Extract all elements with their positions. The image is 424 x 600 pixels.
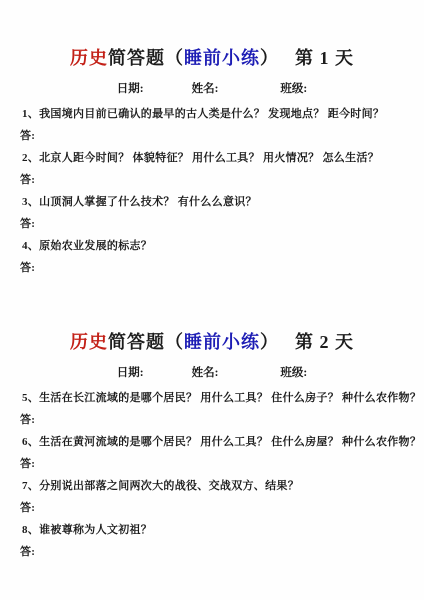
worksheet-section-day2: 历史简答题（睡前小练）第 2 天 日期: 姓名: 班级: 5、生活在长江流域的是… <box>0 284 424 558</box>
title-middle: 简答题（ <box>108 332 184 352</box>
question-text: 生活在黄河流域的是哪个居民？ 用什么工具？ 住什么房屋？ 种什么农作物？ <box>39 436 421 448</box>
title-close-paren: ） <box>260 332 279 352</box>
answer-label: 答: <box>20 414 410 426</box>
name-label: 姓名: <box>192 367 219 380</box>
question-line: 3、山顶洞人掌握了什么技术？ 有什么么意识？ <box>22 196 410 208</box>
question-number: 2、 <box>22 152 39 164</box>
answer-label: 答: <box>20 458 410 470</box>
answer-label: 答: <box>20 502 410 514</box>
worksheet-section-day1: 历史简答题（睡前小练）第 1 天 日期: 姓名: 班级: 1、我国境内目前已确认… <box>0 0 424 274</box>
question-number: 6、 <box>22 436 39 448</box>
answer-label: 答: <box>20 218 410 230</box>
question-text: 北京人距今时间？ 体貌特征？ 用什么工具？ 用火情况？ 怎么生活？ <box>39 152 379 164</box>
class-label: 班级: <box>280 367 307 380</box>
question-text: 生活在长江流域的是哪个居民？ 用什么工具？ 住什么房子？ 种什么农作物？ <box>39 392 421 404</box>
answer-label: 答: <box>20 262 410 274</box>
question-number: 1、 <box>22 108 39 120</box>
title-day-number: 第 2 天 <box>295 332 354 352</box>
title-subject: 历史 <box>70 48 108 68</box>
question-text: 山顶洞人掌握了什么技术？ 有什么么意识？ <box>39 196 257 208</box>
title-day-number: 第 1 天 <box>295 48 354 68</box>
question-number: 8、 <box>22 524 39 536</box>
class-label: 班级: <box>280 83 307 96</box>
question-number: 4、 <box>22 240 39 252</box>
question-number: 5、 <box>22 392 39 404</box>
info-row: 日期: 姓名: 班级: <box>0 83 424 96</box>
question-number: 3、 <box>22 196 39 208</box>
date-label: 日期: <box>117 83 144 96</box>
question-text: 谁被尊称为人文初祖？ <box>39 524 152 536</box>
name-label: 姓名: <box>192 83 219 96</box>
question-text: 我国境内目前已确认的最早的古人类是什么？ 发现地点？ 距今时间？ <box>39 108 384 120</box>
question-line: 8、谁被尊称为人文初祖？ <box>22 524 410 536</box>
question-number: 7、 <box>22 480 39 492</box>
section-title: 历史简答题（睡前小练）第 1 天 <box>0 0 424 68</box>
question-list: 5、生活在长江流域的是哪个居民？ 用什么工具？ 住什么房子？ 种什么农作物？ 答… <box>0 392 424 558</box>
question-line: 4、原始农业发展的标志？ <box>22 240 410 252</box>
title-subject: 历史 <box>70 332 108 352</box>
question-text: 原始农业发展的标志？ <box>39 240 152 252</box>
title-close-paren: ） <box>260 48 279 68</box>
date-label: 日期: <box>117 367 144 380</box>
answer-label: 答: <box>20 546 410 558</box>
question-line: 6、生活在黄河流域的是哪个居民？ 用什么工具？ 住什么房屋？ 种什么农作物？ <box>22 436 410 448</box>
question-line: 5、生活在长江流域的是哪个居民？ 用什么工具？ 住什么房子？ 种什么农作物？ <box>22 392 410 404</box>
title-highlight: 睡前小练 <box>184 48 260 68</box>
title-highlight: 睡前小练 <box>184 332 260 352</box>
answer-label: 答: <box>20 174 410 186</box>
question-line: 1、我国境内目前已确认的最早的古人类是什么？ 发现地点？ 距今时间？ <box>22 108 410 120</box>
question-text: 分别说出部落之间两次大的战役、交战双方、结果？ <box>39 480 299 492</box>
question-list: 1、我国境内目前已确认的最早的古人类是什么？ 发现地点？ 距今时间？ 答: 2、… <box>0 108 424 274</box>
title-middle: 简答题（ <box>108 48 184 68</box>
section-title: 历史简答题（睡前小练）第 2 天 <box>0 284 424 352</box>
question-line: 2、北京人距今时间？ 体貌特征？ 用什么工具？ 用火情况？ 怎么生活？ <box>22 152 410 164</box>
question-line: 7、分别说出部落之间两次大的战役、交战双方、结果？ <box>22 480 410 492</box>
worksheet-page: 历史简答题（睡前小练）第 1 天 日期: 姓名: 班级: 1、我国境内目前已确认… <box>0 0 424 558</box>
answer-label: 答: <box>20 130 410 142</box>
info-row: 日期: 姓名: 班级: <box>0 367 424 380</box>
